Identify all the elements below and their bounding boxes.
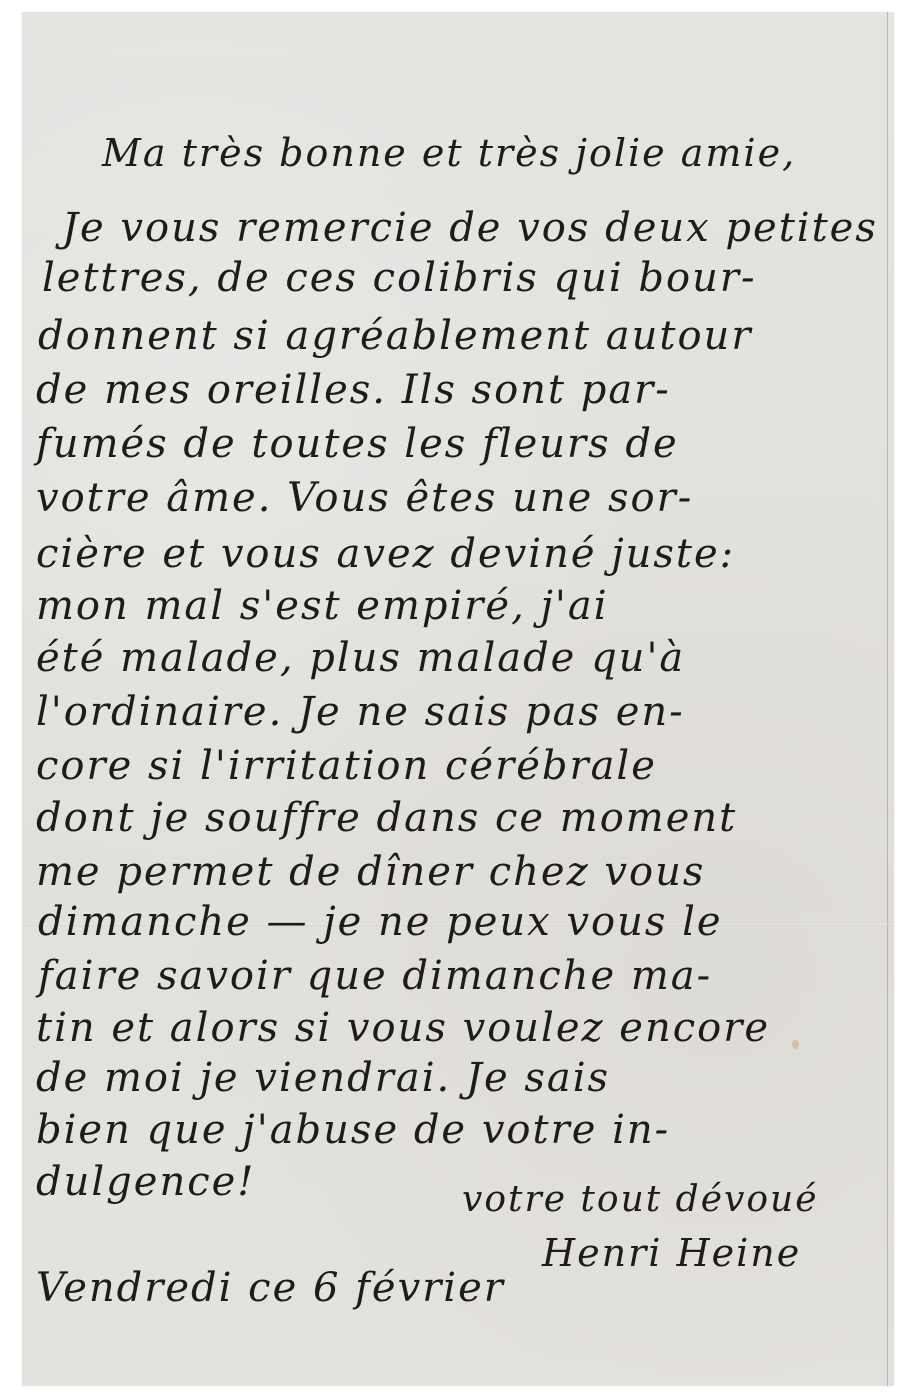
- letter-signature: Henri Heine: [542, 1234, 801, 1272]
- letter-closing: votre tout dévoué: [462, 1182, 819, 1218]
- ink-stain: [792, 1040, 799, 1049]
- letter-line: tin et alors si vous voulez encore: [36, 1008, 770, 1048]
- letter-line: bien que j'abuse de votre in-: [36, 1110, 670, 1150]
- letter-line: faire savoir que dimanche ma-: [38, 956, 712, 996]
- letter-line: Je vous remercie de vos deux petites: [62, 208, 878, 248]
- letter-line: me permet de dîner chez vous: [36, 852, 705, 892]
- letter-line: dimanche — je ne peux vous le: [38, 902, 723, 942]
- letter-line: fumés de toutes les fleurs de: [36, 424, 679, 464]
- letter-salutation: Ma très bonne et très jolie amie,: [102, 134, 796, 172]
- letter-line: de moi je viendrai. Je sais: [36, 1058, 610, 1098]
- letter-line: l'ordinaire. Je ne sais pas en-: [36, 692, 685, 732]
- letter-line: de mes oreilles. Ils sont par-: [36, 370, 671, 410]
- letter-line: core si l'irritation cérébrale: [36, 746, 657, 786]
- letter-line: mon mal s'est empiré, j'ai: [36, 586, 609, 626]
- letter-paper: Ma très bonne et très jolie amie, Je vou…: [22, 12, 894, 1386]
- letter-line: été malade, plus malade qu'à: [36, 638, 685, 678]
- letter-line: donnent si agréablement autour: [38, 316, 752, 356]
- letter-line: dont je souffre dans ce moment: [36, 798, 737, 838]
- letter-line: votre âme. Vous êtes une sor-: [36, 478, 693, 518]
- paper-edge-line: [887, 12, 888, 1386]
- letter-line: cière et vous avez deviné juste:: [36, 534, 735, 574]
- letter-date: Vendredi ce 6 février: [36, 1268, 505, 1308]
- letter-line: dulgence!: [36, 1162, 255, 1202]
- letter-line: lettres, de ces colibris qui bour-: [42, 258, 756, 298]
